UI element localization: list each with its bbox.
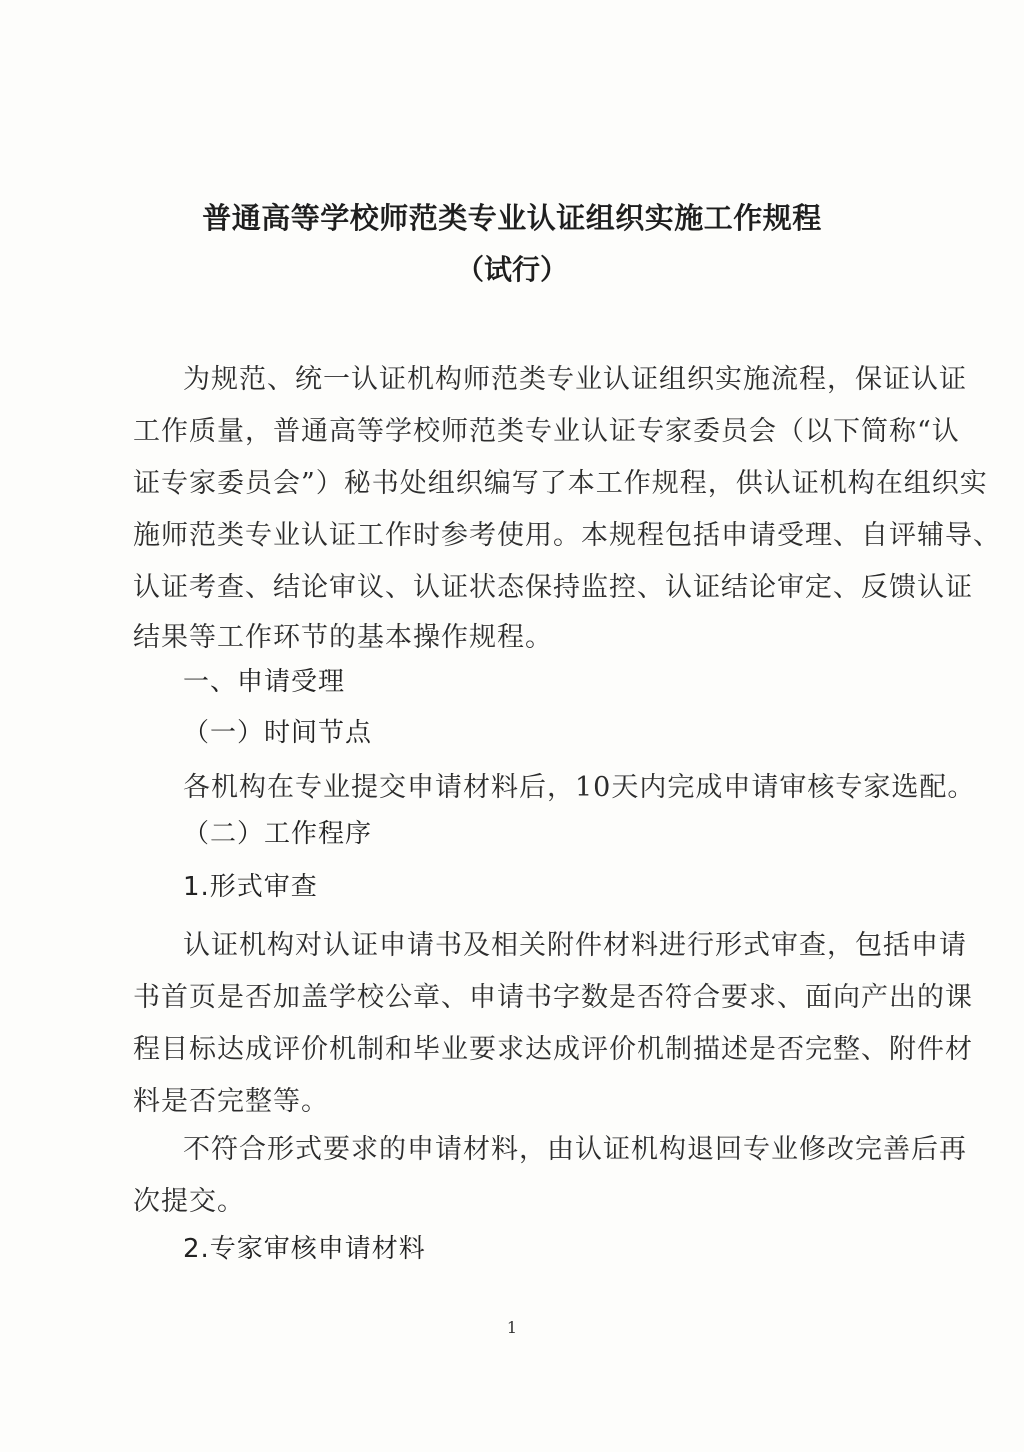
formal-review-line: 程目标达成评价机制和毕业要求达成评价机制描述是否完整、附件材: [133, 1032, 913, 1068]
section-heading-application: 一、申请受理: [183, 664, 963, 700]
document-subtitle: （试行）: [0, 248, 1024, 288]
intro-line: 为规范、统一认证机构师范类专业认证组织实施流程，保证认证: [183, 362, 963, 398]
intro-line: 证专家委员会”）秘书处组织编写了本工作规程，供认证机构在组织实: [133, 466, 913, 502]
item-heading-formal-review: 1.形式审查: [183, 869, 963, 905]
formal-review-line: 书首页是否加盖学校公章、申请书字数是否符合要求、面向产出的课: [133, 980, 913, 1016]
page-number: 1: [0, 1318, 1024, 1337]
intro-line: 工作质量，普通高等学校师范类专业认证专家委员会（以下简称“认: [133, 414, 913, 450]
timing-text: 各机构在专业提交申请材料后，10天内完成申请审核专家选配。: [183, 770, 963, 806]
document-title: 普通高等学校师范类专业认证组织实施工作规程: [0, 196, 1024, 237]
subsection-heading-timing: （一）时间节点: [183, 715, 963, 751]
item-heading-expert-review: 2.专家审核申请材料: [183, 1231, 963, 1267]
resubmission-line: 不符合形式要求的申请材料，由认证机构退回专业修改完善后再: [183, 1132, 963, 1168]
document-page: 普通高等学校师范类专业认证组织实施工作规程 （试行） 为规范、统一认证机构师范类…: [0, 0, 1024, 1452]
resubmission-line: 次提交。: [133, 1184, 913, 1220]
formal-review-line: 料是否完整等。: [133, 1084, 913, 1120]
intro-line: 结果等工作环节的基本操作规程。: [133, 620, 913, 656]
formal-review-line: 认证机构对认证申请书及相关附件材料进行形式审查，包括申请: [183, 928, 963, 964]
intro-line: 认证考查、结论审议、认证状态保持监控、认证结论审定、反馈认证: [133, 570, 913, 606]
subsection-heading-procedure: （二）工作程序: [183, 816, 963, 852]
intro-line: 施师范类专业认证工作时参考使用。本规程包括申请受理、自评辅导、: [133, 518, 913, 554]
